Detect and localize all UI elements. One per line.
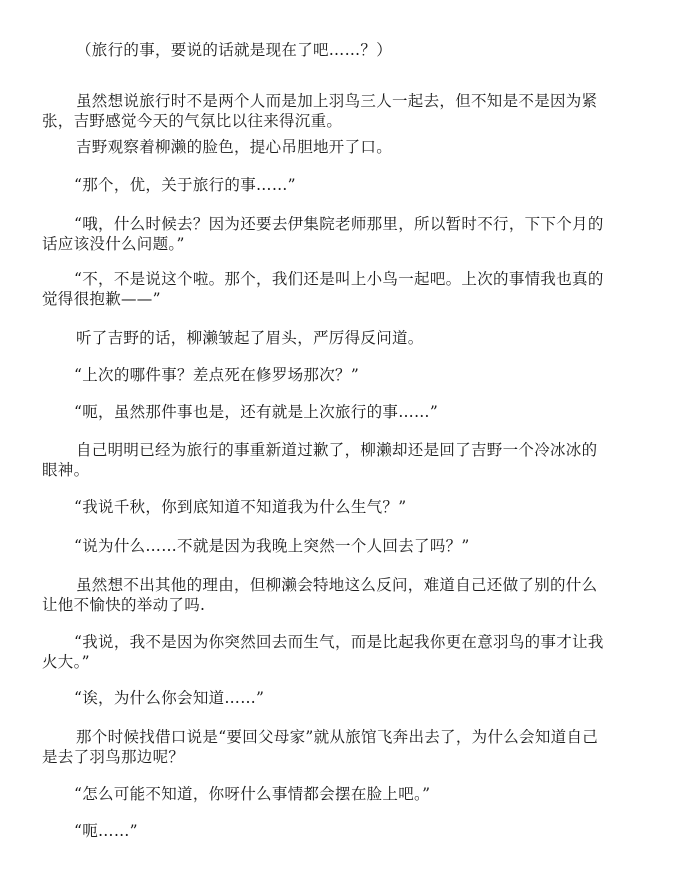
paragraph: 听了吉野的话，柳濑皱起了眉头，严厉得反问道。	[42, 328, 612, 348]
paragraph: （旅行的事，要说的话就是现在了吧……？）	[42, 40, 612, 60]
paragraph: 那个时候找借口说是“要回父母家”就从旅馆飞奔出去了，为什么会知道自己是去了羽鸟那…	[42, 727, 612, 767]
dialogue-paragraph: “上次的哪件事？差点死在修罗场那次？”	[42, 365, 612, 385]
dialogue-paragraph: “说为什么……不就是因为我晚上突然一个人回去了吗？”	[42, 536, 612, 556]
paragraph: 虽然想不出其他的理由，但柳濑会特地这么反问，难道自己还做了别的什么让他不愉快的举…	[42, 575, 612, 615]
document-page: （旅行的事，要说的话就是现在了吧……？） 虽然想说旅行时不是两个人而是加上羽鸟三…	[0, 0, 680, 880]
dialogue-paragraph: “怎么可能不知道，你呀什么事情都会摆在脸上吧。”	[42, 784, 612, 804]
dialogue-paragraph: “诶，为什么你会知道……”	[42, 688, 612, 708]
paragraph: 吉野观察着柳濑的脸色，提心吊胆地开了口。	[42, 137, 612, 157]
dialogue-paragraph: “呃……”	[42, 821, 612, 841]
dialogue-paragraph: “哦，什么时候去？因为还要去伊集院老师那里，所以暂时不行，下下个月的话应该没什么…	[42, 214, 612, 254]
dialogue-paragraph: “我说千秋，你到底知道不知道我为什么生气？”	[42, 497, 612, 517]
dialogue-paragraph: “不，不是说这个啦。那个，我们还是叫上小鸟一起吧。上次的事情我也真的觉得很抱歉—…	[42, 269, 612, 309]
dialogue-paragraph: “呃，虽然那件事也是，还有就是上次旅行的事……”	[42, 402, 612, 422]
dialogue-paragraph: “那个，优，关于旅行的事……”	[42, 175, 612, 195]
paragraph: 虽然想说旅行时不是两个人而是加上羽鸟三人一起去，但不知是不是因为紧张，吉野感觉今…	[42, 91, 612, 131]
paragraph: 自己明明已经为旅行的事重新道过歉了，柳濑却还是回了吉野一个冷冰冰的眼神。	[42, 440, 612, 480]
dialogue-paragraph: “我说，我不是因为你突然回去而生气，而是比起我你更在意羽鸟的事才让我火大。”	[42, 632, 612, 672]
